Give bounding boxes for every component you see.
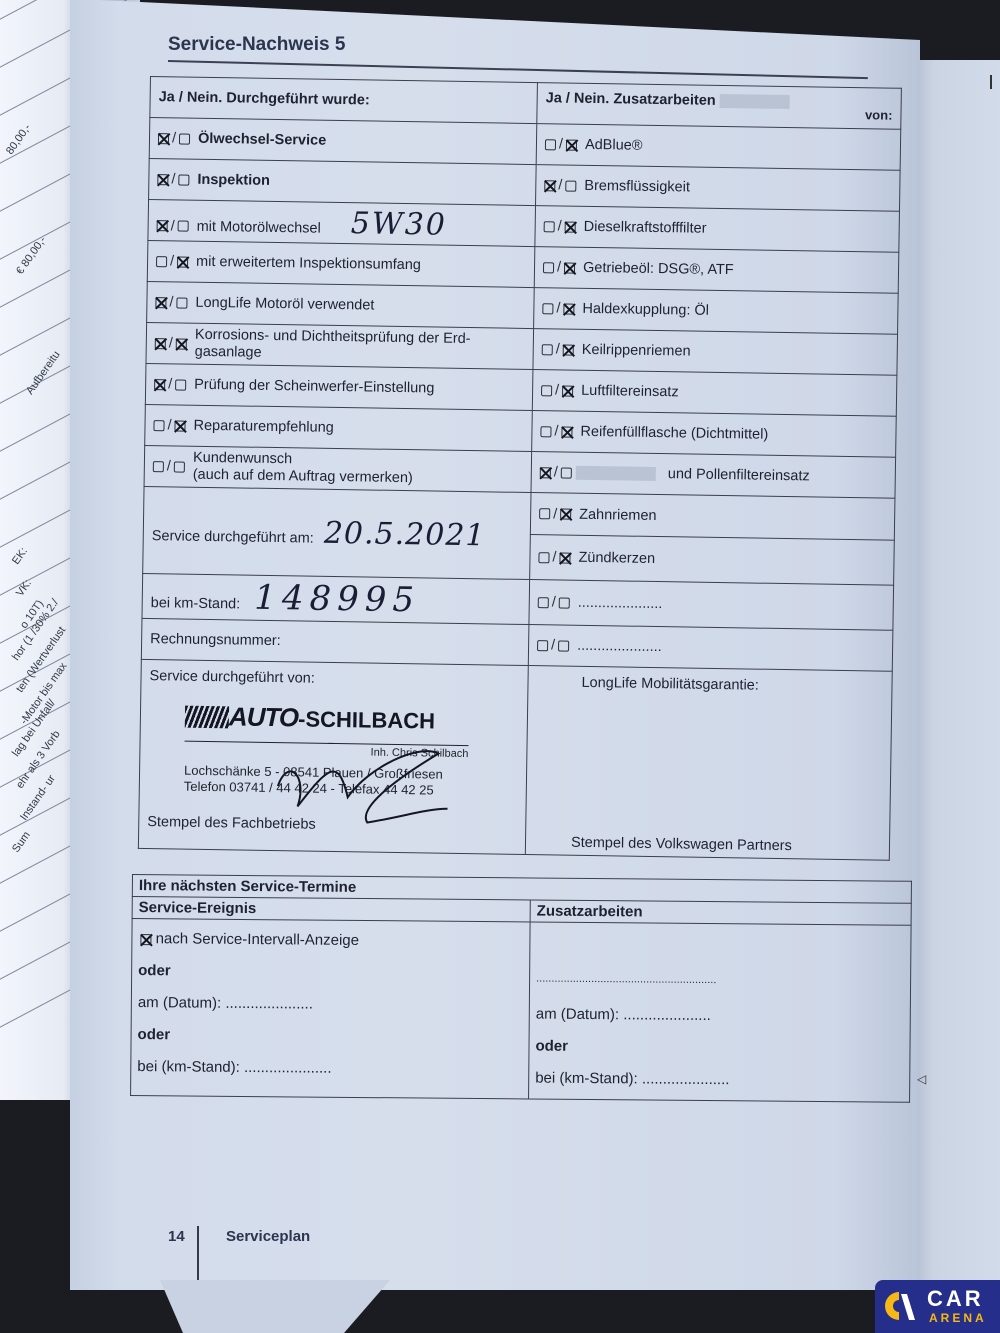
item-label: .....................	[578, 595, 663, 612]
left-2-nein-checkbox[interactable]	[178, 221, 189, 232]
car-arena-watermark: CAR ARENA	[875, 1280, 1000, 1333]
extra-work-row: /Bremsflüssigkeit	[536, 165, 901, 212]
left-8-nein-checkbox[interactable]	[174, 461, 185, 472]
extra-work-field[interactable]: ........................................…	[536, 961, 904, 1000]
next-service-table: Ihre nächsten Service-Termine Service-Er…	[130, 874, 912, 1103]
page-title: Service-Nachweis 5	[168, 34, 345, 56]
extra-work-row: /Zahnriemen	[530, 493, 895, 541]
service-date-cell: Service durchgeführt am: 20.5.2021	[143, 486, 531, 579]
or-label: oder	[535, 1033, 903, 1064]
interval-checkbox[interactable]	[140, 934, 151, 945]
car-arena-logo-icon	[885, 1290, 915, 1322]
right-1-ja-checkbox[interactable]	[544, 180, 555, 191]
right-5-nein-checkbox[interactable]	[563, 344, 574, 355]
km-label: bei km-Stand:	[151, 595, 241, 612]
item-label: .....................	[577, 638, 662, 655]
service-item-row: /Kundenwunsch(auch auf dem Auftrag verme…	[144, 445, 532, 492]
left-0-nein-checkbox[interactable]	[179, 133, 190, 144]
extra-work-cell: ........................................…	[529, 922, 912, 1102]
service-item-row: /Prüfung der Scheinwerfer-Einstellung	[145, 363, 533, 410]
right-5-ja-checkbox[interactable]	[542, 344, 553, 355]
left-4-nein-checkbox[interactable]	[176, 297, 187, 308]
item-label: LongLife Motoröl verwendet	[195, 295, 374, 314]
page-fold	[160, 1280, 390, 1333]
workshop-stamp-cell: Service durchgeführt von: AUTO-SCHILBACH…	[138, 659, 528, 854]
service-item-row: /LongLife Motoröl verwendet	[147, 281, 535, 328]
service-item-row: /Ölwechsel-Service	[149, 118, 537, 165]
item-label: mit erweitertem Inspektionsumfang	[196, 254, 421, 274]
invoice-number-cell[interactable]: Rechnungsnummer:	[141, 618, 529, 665]
extra-work-row: /Dieselkraftstofffilter	[535, 206, 900, 253]
partner-stamp-caption: Stempel des Volkswagen Partners	[571, 835, 792, 854]
right-9-ja-checkbox[interactable]	[539, 509, 550, 520]
right-10-nein-checkbox[interactable]	[559, 552, 570, 563]
section-title: Serviceplan	[226, 1228, 310, 1245]
km-cell: bei km-Stand: 148995	[142, 573, 530, 624]
right-0-nein-checkbox[interactable]	[566, 139, 577, 150]
left-5-ja-checkbox[interactable]	[155, 338, 166, 349]
extra-work-row: /AdBlue®	[536, 124, 901, 171]
next-page-mark	[990, 75, 1000, 89]
left-6-nein-checkbox[interactable]	[175, 379, 186, 390]
extra-work-row: /Reifenfüllflasche (Dichtmittel)	[532, 411, 897, 458]
item-label: Inspektion	[197, 172, 270, 189]
left-3-nein-checkbox[interactable]	[177, 256, 188, 267]
extra-work-row: /Zündkerzen	[530, 535, 895, 585]
left-8-ja-checkbox[interactable]	[153, 461, 164, 472]
service-item-row: /mit erweitertem Inspektionsumfang	[147, 240, 535, 287]
left-1-nein-checkbox[interactable]	[178, 174, 189, 185]
extra-work-row: /Keilrippenriemen	[533, 329, 898, 376]
item-label: Prüfung der Scheinwerfer-Einstellung	[194, 377, 434, 397]
extra-work-row: /und Pollenfiltereinsatz	[531, 452, 896, 499]
extra-work-row: /.....................	[529, 580, 894, 631]
right-6-nein-checkbox[interactable]	[562, 385, 573, 396]
item-label: mit Motorölwechsel	[197, 218, 321, 236]
or-label: oder	[137, 1021, 522, 1052]
item-label: Luftfiltereinsatz	[581, 383, 679, 401]
item-label: Reparaturempfehlung	[193, 418, 333, 436]
right-3-nein-checkbox[interactable]	[564, 262, 575, 273]
service-item-row: /Korrosions- und Dichtheitsprüfung der E…	[146, 322, 534, 369]
item-label: Bremsflüssigkeit	[584, 178, 690, 196]
left-header: Ja / Nein. Durchgeführt wurde:	[150, 77, 538, 124]
right-8-ja-checkbox[interactable]	[540, 467, 551, 478]
watermark-arena: ARENA	[929, 1311, 987, 1325]
watermark-car: CAR	[927, 1286, 984, 1312]
service-event-cell: nach Service-Intervall-Anzeige oder am (…	[131, 919, 531, 1099]
left-4-ja-checkbox[interactable]	[155, 297, 166, 308]
invoice-number-label: Rechnungsnummer:	[150, 631, 281, 649]
right-10-ja-checkbox[interactable]	[538, 552, 549, 563]
right-3-ja-checkbox[interactable]	[543, 262, 554, 273]
interval-option-label: nach Service-Intervall-Anzeige	[156, 930, 360, 949]
service-item-row: /Inspektion	[149, 158, 537, 205]
mobility-guarantee-label: LongLife Mobilitätsgarantie:	[581, 675, 883, 696]
right-8-nein-checkbox[interactable]	[561, 467, 572, 478]
right-4-ja-checkbox[interactable]	[542, 303, 553, 314]
stamp-logo: AUTO-SCHILBACH	[185, 701, 436, 736]
left-7-nein-checkbox[interactable]	[174, 420, 185, 431]
workshop-stamp-caption: Stempel des Fachbetriebs	[147, 814, 316, 833]
extra-work-row: /.....................	[528, 625, 893, 672]
service-date-label: Service durchgeführt am:	[152, 528, 314, 547]
right-12-ja-checkbox[interactable]	[537, 640, 548, 651]
right-2-ja-checkbox[interactable]	[544, 221, 555, 232]
item-label: Keilrippenriemen	[582, 342, 691, 360]
item-label: Ölwechsel-Service	[198, 131, 326, 149]
extra-work-row: /Luftfiltereinsatz	[532, 370, 897, 417]
redacted-text	[720, 94, 790, 109]
right-0-ja-checkbox[interactable]	[545, 139, 556, 150]
footer-separator	[197, 1226, 199, 1280]
extra-work-row: /Getriebeöl: DSG®, ATF	[534, 247, 899, 294]
item-label: AdBlue®	[585, 137, 643, 154]
page-number: 14	[168, 1228, 185, 1245]
workshop-stamp: AUTO-SCHILBACH Inh. Chris Schilbach Loch…	[147, 684, 519, 840]
left-6-ja-checkbox[interactable]	[154, 379, 165, 390]
item-label: Getriebeöl: DSG®, ATF	[583, 260, 734, 278]
item-label: und Pollenfiltereinsatz	[668, 466, 810, 484]
right-11-ja-checkbox[interactable]	[538, 597, 549, 608]
left-2-ja-checkbox[interactable]	[157, 220, 168, 231]
handwritten-oil-grade: 5W30	[351, 206, 448, 243]
interval-option[interactable]: nach Service-Intervall-Anzeige	[138, 921, 523, 960]
right-7-ja-checkbox[interactable]	[540, 426, 551, 437]
left-3-ja-checkbox[interactable]	[156, 256, 167, 267]
left-7-ja-checkbox[interactable]	[153, 420, 164, 431]
item-label: Dieselkraftstofffilter	[584, 219, 707, 237]
item-label: Zündkerzen	[578, 550, 655, 567]
item-label: Reifenfüllflasche (Dichtmittel)	[580, 424, 768, 443]
right-2-nein-checkbox[interactable]	[565, 221, 576, 232]
extra-date-field[interactable]: am (Datum): .....................	[536, 997, 904, 1036]
right-9-nein-checkbox[interactable]	[560, 509, 571, 520]
service-item-row: /mit Motorölwechsel5W30	[148, 199, 536, 246]
right-12-nein-checkbox[interactable]	[558, 640, 569, 651]
item-label: Haldexkupplung: Öl	[582, 301, 709, 319]
right-4-nein-checkbox[interactable]	[563, 303, 574, 314]
left-5-nein-checkbox[interactable]	[176, 338, 187, 349]
partner-stamp-cell: LongLife Mobilitätsgarantie: Stempel des…	[525, 666, 892, 861]
redacted-text	[576, 466, 656, 481]
extra-km-field[interactable]: bei (km-Stand): .....................	[535, 1061, 903, 1100]
item-label: Zahnriemen	[579, 507, 657, 524]
service-record-table: Ja / Nein. Durchgeführt wurde: Ja / Nein…	[138, 76, 902, 861]
right-1-nein-checkbox[interactable]	[565, 180, 576, 191]
item-label: Korrosions- und Dichtheitsprüfung der Er…	[195, 326, 471, 365]
or-label: oder	[138, 957, 523, 988]
item-label: Kundenwunsch(auch auf dem Auftrag vermer…	[193, 449, 414, 487]
service-date-value: 20.5.2021	[324, 515, 486, 553]
date-field[interactable]: am (Datum): .....................	[138, 985, 523, 1024]
arrow-marker-icon: ◁	[917, 1072, 926, 1086]
right-6-ja-checkbox[interactable]	[541, 385, 552, 396]
right-header: Ja / Nein. Zusatzarbeitenvon:	[537, 83, 902, 130]
left-1-ja-checkbox[interactable]	[157, 174, 168, 185]
right-11-nein-checkbox[interactable]	[559, 597, 570, 608]
km-field[interactable]: bei (km-Stand): .....................	[137, 1049, 522, 1088]
extra-work-row: /Haldexkupplung: Öl	[534, 288, 899, 335]
km-value: 148995	[254, 578, 420, 621]
service-item-row: /Reparaturempfehlung	[145, 404, 533, 451]
right-7-nein-checkbox[interactable]	[561, 426, 572, 437]
left-0-ja-checkbox[interactable]	[158, 133, 169, 144]
